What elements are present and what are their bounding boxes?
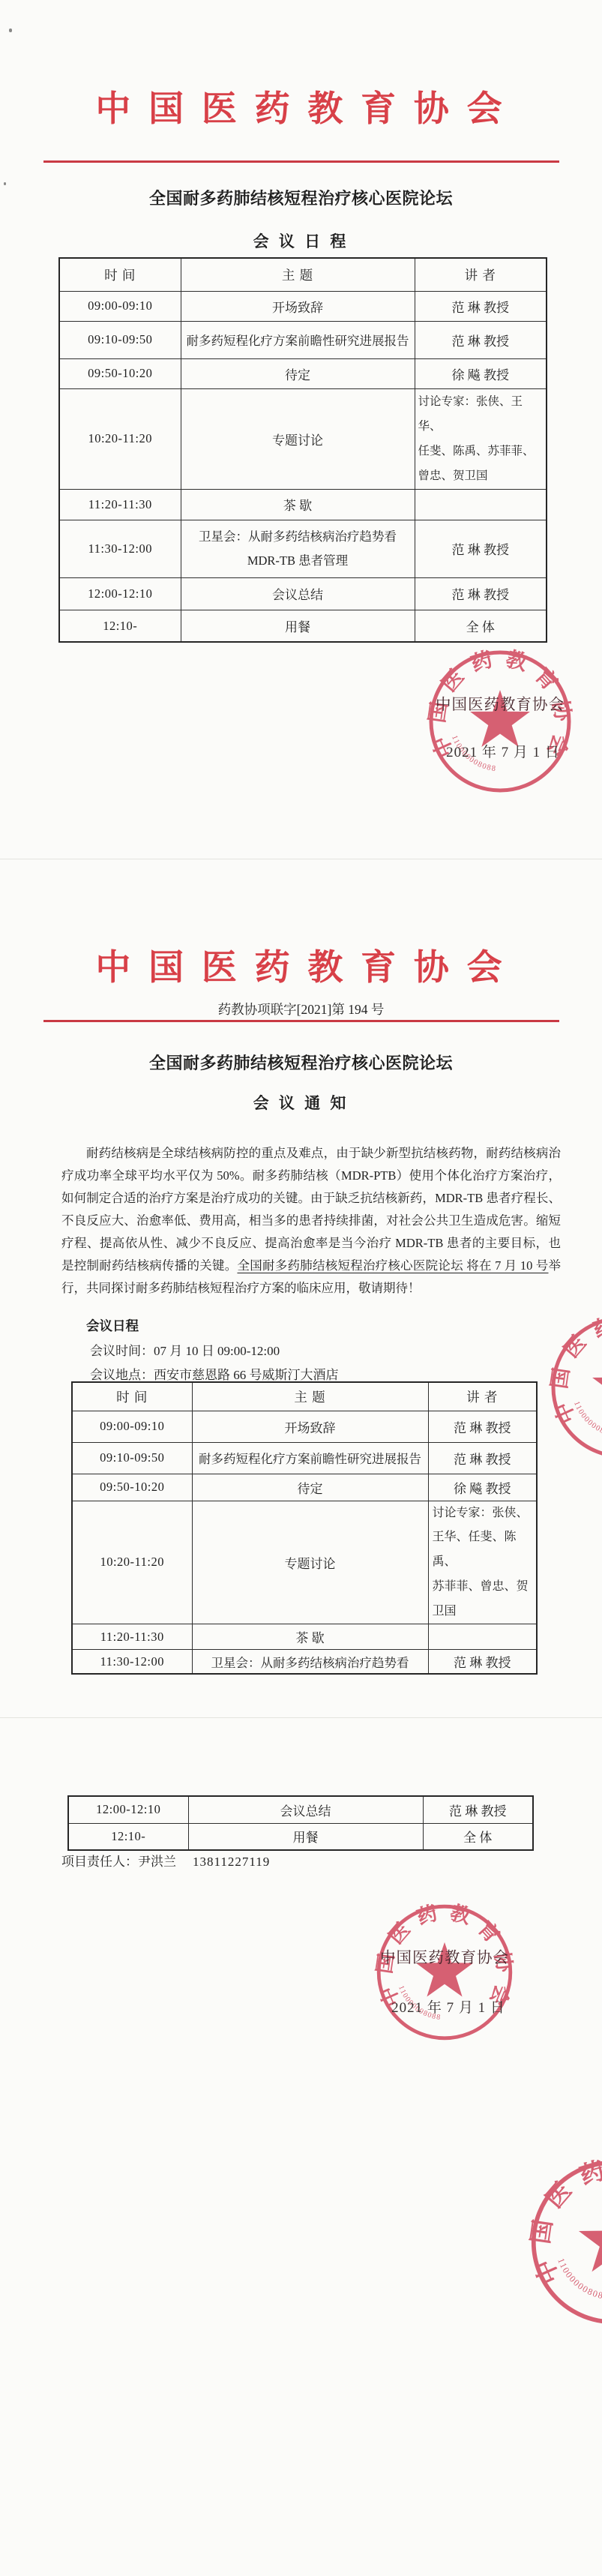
seal-ring-text: 中国医药教育协会 [547,1313,602,1427]
cell-time: 11:30-12:00 [72,1650,192,1674]
body-text: 耐药结核病是全球结核病防控的重点及难点，由于缺少新型抗结核药物，耐药结核病治疗成… [61,1146,561,1273]
page-2: 中 国 医 药 教 育 协 会 药教协项联字[2021]第 194 号 全国耐多… [0,859,602,1717]
table-row: 09:50-10:20 待定 徐 飚 教授 [59,358,547,388]
cell-topic: 专题讨论 [192,1501,428,1624]
table-row: 10:20-11:20 专题讨论 讨论专家：张侠、王华、 任斐、陈禹、苏菲菲、 … [59,388,547,489]
cell-speaker: 范 琳 教授 [428,1650,537,1674]
cell-speaker [415,489,547,520]
cell-speaker: 范 琳 教授 [423,1796,533,1823]
paper-speck [9,28,12,32]
cell-speaker: 徐 飚 教授 [428,1474,537,1501]
table-row: 12:00-12:10 会议总结 范 琳 教授 [68,1796,533,1823]
cell-time: 12:00-12:10 [59,577,181,610]
table-row: 12:00-12:10 会议总结 范 琳 教授 [59,577,547,610]
table-header-row: 时 间 主 题 讲 者 [59,258,547,291]
agenda-table: 时 间 主 题 讲 者 09:00-09:10 开场致辞 范 琳 教授 09:1… [71,1381,538,1675]
cell-time: 09:50-10:20 [59,358,181,388]
cell-speaker: 范 琳 教授 [428,1411,537,1442]
cell-topic: 耐多药短程化疗方案前瞻性研究进展报告 [192,1442,428,1474]
notice-body-paragraph: 耐药结核病是全球结核病防控的重点及难点，由于缺少新型抗结核药物，耐药结核病治疗成… [61,1142,561,1300]
cell-time: 09:50-10:20 [72,1474,192,1501]
body-text-underlined: 全国耐多药肺结核短程治疗核心医院论坛 将在 7 月 10 号 [237,1258,548,1273]
cell-speaker: 范 琳 教授 [415,321,547,358]
cell-topic: 用餐 [188,1823,423,1850]
cell-topic: 茶 歇 [192,1624,428,1650]
cell-topic: 耐多药短程化疗方案前瞻性研究进展报告 [181,321,415,358]
cell-time: 09:10-09:50 [59,321,181,358]
table-row: 09:10-09:50 耐多药短程化疗方案前瞻性研究进展报告 范 琳 教授 [72,1442,537,1474]
cell-speaker [428,1624,537,1650]
cell-topic: 用餐 [181,610,415,642]
col-header-speaker: 讲 者 [428,1382,537,1411]
col-header-speaker: 讲 者 [415,258,547,291]
meeting-time-value: 07 月 10 日 09:00-12:00 [154,1344,280,1358]
cell-topic: 会议总结 [188,1796,423,1823]
agenda-table-continued: 12:00-12:10 会议总结 范 琳 教授 12:10- 用餐 全 体 [67,1795,534,1851]
seal-star-icon [592,1356,602,1413]
table-row: 09:00-09:10 开场致辞 范 琳 教授 [72,1411,537,1442]
col-header-time: 时 间 [59,258,181,291]
forum-title: 全国耐多药肺结核短程治疗核心医院论坛 [0,186,602,209]
page-1: 中 国 医 药 教 育 协 会 全国耐多药肺结核短程治疗核心医院论坛 会 议 日… [0,0,602,859]
meeting-place-line: 会议地点：西安市慈恩路 66 号威斯汀大酒店 [90,1364,339,1383]
agenda-table: 时 间 主 题 讲 者 09:00-09:10 开场致辞 范 琳 教授 09:1… [58,257,547,643]
table-row: 11:30-12:00 卫星会：从耐多药结核病治疗趋势看 范 琳 教授 [72,1650,537,1674]
cell-topic: 待定 [181,358,415,388]
letterhead-divider [43,160,559,163]
cell-speaker: 范 琳 教授 [428,1442,537,1474]
document-type-title: 会 议 日 程 [0,229,602,252]
cell-speaker: 徐 飚 教授 [415,358,547,388]
contact-name: 尹洪兰 [138,1855,176,1869]
meeting-place-value: 西安市慈恩路 66 号威斯汀大酒店 [154,1368,339,1382]
cell-time: 10:20-11:20 [72,1501,192,1624]
table-row: 09:10-09:50 耐多药短程化疗方案前瞻性研究进展报告 范 琳 教授 [59,321,547,358]
document-number: 药教协项联字[2021]第 194 号 [0,1000,602,1018]
official-seal: 中国医药教育协会 1100000080882 [418,639,583,804]
official-seal: 中国医药教育协会 1100000080882 [366,1894,523,2051]
official-seal-partial: 中国医药教育协会 1100000080882 [518,2147,602,2338]
cell-topic: 专题讨论 [181,388,415,489]
cell-time: 10:20-11:20 [59,388,181,489]
table-row: 10:20-11:20 专题讨论 讨论专家：张侠、 王华、任斐、陈禹、 苏菲菲、… [72,1501,537,1624]
contact-phone: 13811227119 [193,1855,270,1869]
seal-org-text: 中国医药教育协会 [418,691,583,714]
cell-topic: 开场致辞 [192,1411,428,1442]
cell-speaker: 全 体 [423,1823,533,1850]
letterhead-title: 中 国 医 药 教 育 协 会 [0,940,602,990]
page-3: 12:00-12:10 会议总结 范 琳 教授 12:10- 用餐 全 体 项目… [0,1717,602,2576]
seal-star-icon [579,2206,602,2272]
col-header-topic: 主 题 [181,258,415,291]
cell-topic: 卫星会：从耐多药结核病治疗趋势看 [192,1650,428,1674]
col-header-topic: 主 题 [192,1382,428,1411]
project-contact-line: 项目责任人：尹洪兰13811227119 [61,1851,270,1870]
table-row: 12:10- 用餐 全 体 [59,610,547,642]
seal-org-text: 中国医药教育协会 [362,1945,527,1967]
meeting-place-label: 会议地点： [90,1368,154,1382]
table-row: 12:10- 用餐 全 体 [68,1823,533,1850]
cell-speaker: 范 琳 教授 [415,577,547,610]
meeting-time-label: 会议时间： [90,1344,154,1358]
scanned-document: 中 国 医 药 教 育 协 会 全国耐多药肺结核短程治疗核心医院论坛 会 议 日… [0,0,602,2576]
col-header-time: 时 间 [72,1382,192,1411]
seal-date-text: 2021 年 7 月 1 日 [365,1996,532,2017]
cell-topic: 卫星会：从耐多药结核病治疗趋势看 MDR-TB 患者管理 [181,520,415,577]
table-row: 11:20-11:30 茶 歇 [59,489,547,520]
contact-label: 项目责任人： [61,1855,138,1869]
cell-time: 12:10- [68,1823,188,1850]
cell-time: 11:30-12:00 [59,520,181,577]
cell-time: 09:10-09:50 [72,1442,192,1474]
paper-speck [4,182,6,185]
cell-speaker: 讨论专家：张侠、王华、 任斐、陈禹、苏菲菲、 曾忠、贺卫国 [415,388,547,489]
cell-speaker: 范 琳 教授 [415,291,547,321]
document-type-title: 会 议 通 知 [0,1091,602,1114]
cell-topic: 茶 歇 [181,489,415,520]
cell-speaker: 范 琳 教授 [415,520,547,577]
letterhead-title: 中 国 医 药 教 育 协 会 [0,81,602,131]
official-seal-partial: 中国医药教育协会 1100000080882 [540,1305,602,1470]
cell-time: 09:00-09:10 [72,1411,192,1442]
table-row: 09:50-10:20 待定 徐 飚 教授 [72,1474,537,1501]
cell-topic: 会议总结 [181,577,415,610]
cell-time: 11:20-11:30 [59,489,181,520]
letterhead-divider [43,1020,559,1022]
cell-topic: 待定 [192,1474,428,1501]
cell-time: 11:20-11:30 [72,1624,192,1650]
cell-time: 12:00-12:10 [68,1796,188,1823]
seal-date-text: 2021 年 7 月 1 日 [418,741,589,761]
table-row: 11:20-11:30 茶 歇 [72,1624,537,1650]
table-header-row: 时 间 主 题 讲 者 [72,1382,537,1411]
svg-text:中国医药教育协会: 中国医药教育协会 [547,1313,602,1427]
agenda-section-heading: 会议日程 [86,1316,139,1335]
cell-topic: 开场致辞 [181,291,415,321]
forum-title: 全国耐多药肺结核短程治疗核心医院论坛 [0,1051,602,1074]
cell-speaker: 讨论专家：张侠、 王华、任斐、陈禹、 苏菲菲、曾忠、贺 卫国 [428,1501,537,1624]
cell-time: 12:10- [59,610,181,642]
cell-speaker: 全 体 [415,610,547,642]
meeting-time-line: 会议时间：07 月 10 日 09:00-12:00 [90,1340,280,1359]
cell-time: 09:00-09:10 [59,291,181,321]
table-row: 11:30-12:00 卫星会：从耐多药结核病治疗趋势看 MDR-TB 患者管理… [59,520,547,577]
table-row: 09:00-09:10 开场致辞 范 琳 教授 [59,291,547,321]
